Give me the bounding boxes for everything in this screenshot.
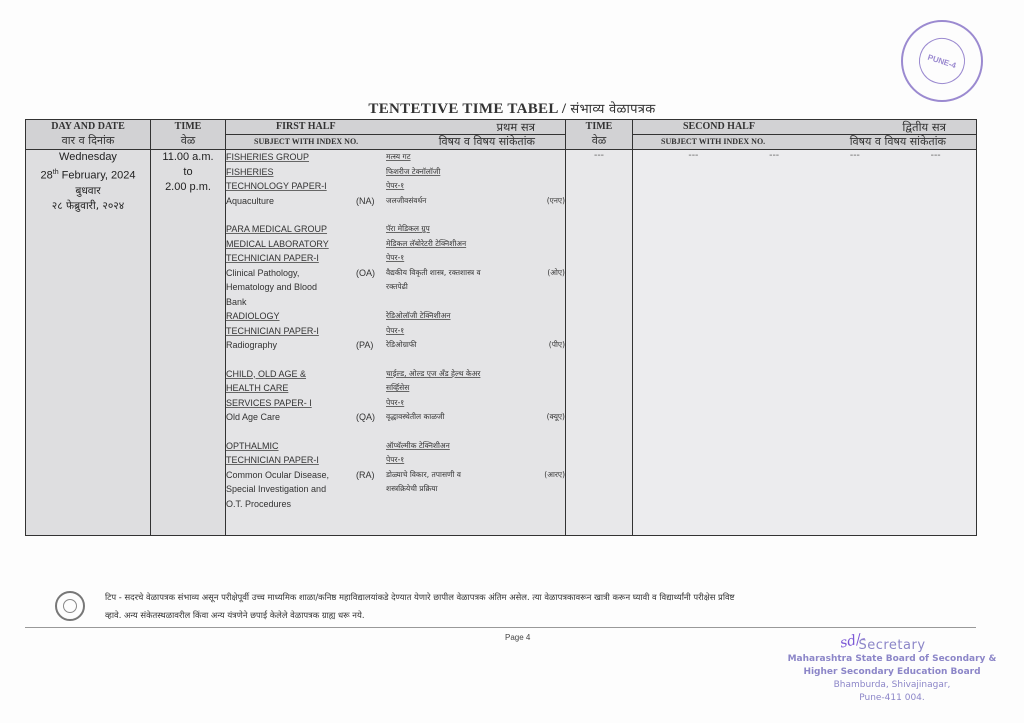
empty-dash: --- [931,150,941,161]
subject-line: PARA MEDICAL GROUPपॅरा मेडिकल ग्रुप [226,222,565,237]
subject-line: Radiography(PA)रेडिओग्राफी(पीए) [226,338,565,353]
subject-group: CHILD, OLD AGE &चाईल्ड, ओल्ड एज अँड हेल्… [226,367,565,425]
empty-dash: --- [850,150,860,161]
second-half-cell: ------------ [633,150,977,536]
subject-line: CHILD, OLD AGE &चाईल्ड, ओल्ड एज अँड हेल्… [226,367,565,382]
title-mr: संभाव्य वेळापत्रक [570,102,655,117]
subject-line: Aquaculture(NA)जलजीवसंवर्धन(एनए) [226,194,565,209]
subject-group: FISHERIES GROUPमत्स्य गटFISHERIESफिशरीज … [226,150,565,208]
subject-line: FISHERIES GROUPमत्स्य गट [226,150,565,165]
stamp-center: PUNE-4 [913,32,971,90]
subject-line: Clinical Pathology,(OA)वैद्यकीय विकृती श… [226,266,565,281]
subject-line: O.T. Procedures [226,497,565,512]
board-stamp: PUNE-4 [901,20,983,102]
first-half-cell: FISHERIES GROUPमत्स्य गटFISHERIESफिशरीज … [226,150,566,536]
subject-line: SERVICES PAPER- Iपेपर-१ [226,396,565,411]
subject-line: Hematology and Bloodरक्तपेढी [226,280,565,295]
header-first-half: FIRST HALFप्रथम सत्र [226,120,566,135]
subject-line: Old Age Care(QA)वृद्धावस्थेतील काळजी(क्य… [226,410,565,425]
footer-divider [25,627,976,628]
header-time-2: TIME वेळ [566,120,633,150]
time-cell: 11.00 a.m. to 2.00 p.m. [151,150,226,536]
header-time: TIME वेळ [151,120,226,150]
title-en: TENTETIVE TIME TABEL / [368,101,566,117]
subject-line: TECHNICIAN PAPER-Iपेपर-१ [226,324,565,339]
header-subject-second: SUBJECT WITH INDEX NO.विषय व विषय सांकेत… [633,135,977,150]
subject-group: OPTHALMICऑप्थॅल्मीक टेक्निशीअनTECHNICIAN… [226,439,565,512]
subject-line: MEDICAL LABORATORYमेडिकल लॅबोरेटरी टेक्न… [226,237,565,252]
table-row: Wednesday 28th February, 2024 बुधवार २८ … [26,150,977,536]
page-title: TENTETIVE TIME TABEL / संभाव्य वेळापत्रक [0,99,1024,118]
subject-group: PARA MEDICAL GROUPपॅरा मेडिकल ग्रुपMEDIC… [226,222,565,353]
empty-dash: --- [769,150,779,161]
header-day-date: DAY AND DATE वार व दिनांक [26,120,151,150]
board-emblem-icon [55,591,85,621]
second-time-cell: --- [566,150,633,536]
page-number: Page 4 [505,633,530,642]
empty-dash: --- [688,150,698,161]
subject-line: Special Investigation andशस्त्रक्रियेची … [226,482,565,497]
subject-line: Common Ocular Disease,(RA)डोळ्याचे विकार… [226,468,565,483]
subject-line: TECHNICIAN PAPER-Iपेपर-१ [226,251,565,266]
subject-line: RADIOLOGYरेडिओलॉजी टेक्निशीअन [226,309,565,324]
secretary-block: Secretary Maharashtra State Board of Sec… [760,638,1024,705]
subject-line: Bank [226,295,565,310]
subject-line: FISHERIESफिशरीज टेक्नॉलॉजी [226,165,565,180]
subject-line: HEALTH CAREसर्व्हिसेस [226,381,565,396]
day-date-cell: Wednesday 28th February, 2024 बुधवार २८ … [26,150,151,536]
time-table: DAY AND DATE वार व दिनांक TIME वेळ FIRST… [25,119,977,536]
footer-note: टिप - सदरचे वेळापत्रक संभाव्य असून परीक्… [105,588,985,624]
subject-line: TECHNOLOGY PAPER-Iपेपर-१ [226,179,565,194]
header-subject-first: SUBJECT WITH INDEX NO.विषय व विषय सांकेत… [226,135,566,150]
subject-line: TECHNICIAN PAPER-Iपेपर-१ [226,453,565,468]
header-second-half: SECOND HALFद्वितीय सत्र [633,120,977,135]
subject-line: OPTHALMICऑप्थॅल्मीक टेक्निशीअन [226,439,565,454]
